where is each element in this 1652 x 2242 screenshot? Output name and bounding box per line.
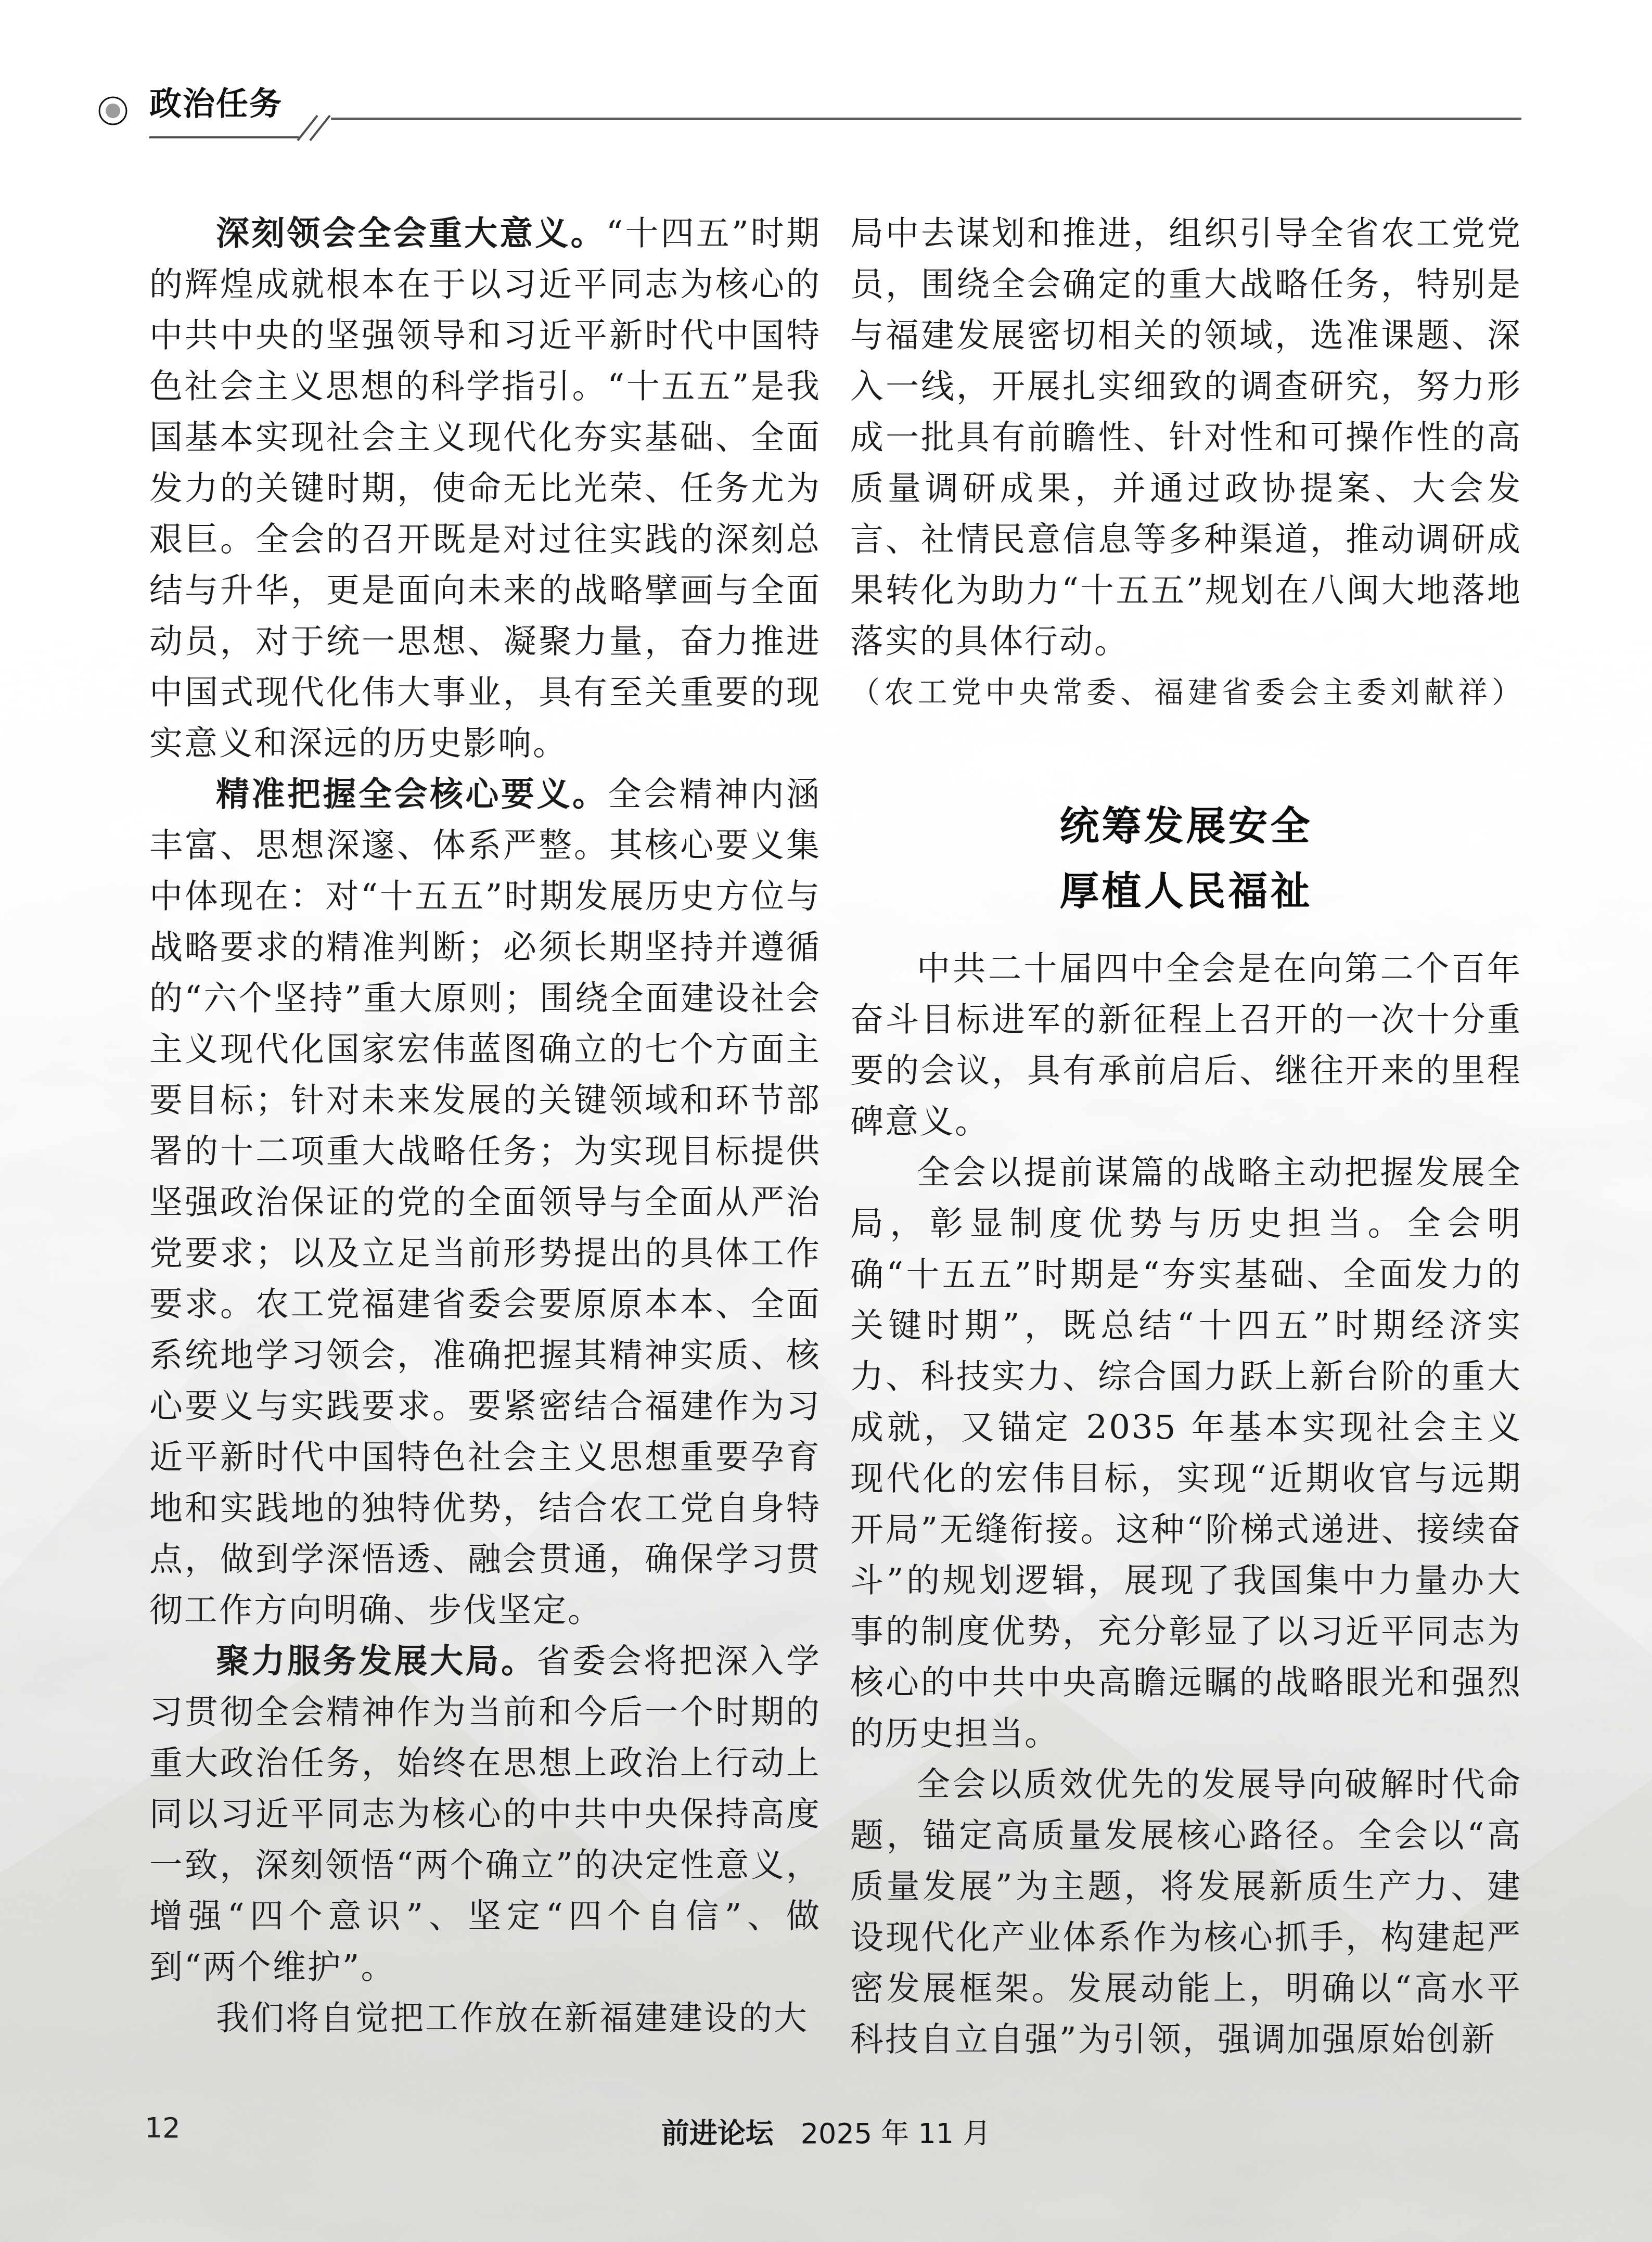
paragraph-text: 全会以质效优先的发展导向破解时代命题，锚定高质量发展核心路径。全会以“高质量发展…	[850, 1765, 1522, 2059]
article2-title-line2: 厚植人民福祉	[850, 859, 1522, 924]
paragraph-lead: 深刻领会全会重大意义。	[216, 214, 606, 253]
journal-name: 前进论坛	[661, 2117, 774, 2150]
author-attribution: （农工党中央常委、福建省委会主委刘献祥）	[850, 667, 1522, 718]
paragraph-text: 我们将自觉把工作放在新福建建设的大	[216, 1999, 809, 2038]
paragraph: 全会以质效优先的发展导向破解时代命题，锚定高质量发展核心路径。全会以“高质量发展…	[850, 1759, 1522, 2065]
paragraph: 聚力服务发展大局。省委会将把深入学习贯彻全会精神作为当前和今后一个时期的重大政治…	[149, 1636, 821, 1993]
paragraph-text: “十四五”时期的辉煌成就根本在于以习近平同志为核心的中共中央的坚强领导和习近平新…	[149, 214, 821, 763]
paragraph-text: 全会以提前谋篇的战略主动把握发展全局，彰显制度优势与历史担当。全会明确“十五五”…	[850, 1154, 1522, 1753]
article2-title: 统筹发展安全 厚植人民福祉	[850, 793, 1522, 924]
paragraph-lead: 精准把握全会核心要义。	[216, 775, 608, 814]
paragraph-continuation: 局中去谋划和推进，组织引导全省农工党党员，围绕全会确定的重大战略任务，特别是与福…	[850, 208, 1522, 667]
paragraph-text: 省委会将把深入学习贯彻全会精神作为当前和今后一个时期的重大政治任务，始终在思想上…	[149, 1642, 821, 1987]
header-rule-long	[331, 118, 1521, 120]
article2-title-line1: 统筹发展安全	[850, 793, 1522, 859]
right-column: 局中去谋划和推进，组织引导全省农工党党员，围绕全会确定的重大战略任务，特别是与福…	[850, 208, 1522, 2065]
paragraph-lead: 聚力服务发展大局。	[216, 1642, 537, 1681]
journal-line: 前进论坛2025 年 11 月	[0, 2111, 1652, 2151]
paragraph: 深刻领会全会重大意义。“十四五”时期的辉煌成就根本在于以习近平同志为核心的中共中…	[149, 208, 821, 769]
section-bullet-icon	[98, 96, 128, 126]
article-body: 深刻领会全会重大意义。“十四五”时期的辉煌成就根本在于以习近平同志为核心的中共中…	[149, 208, 1522, 2065]
magazine-page: 政治任务 深刻领会全会重大意义。“十四五”时期的辉煌成就根本在于以习近平同志为核…	[0, 0, 1652, 2242]
left-column: 深刻领会全会重大意义。“十四五”时期的辉煌成就根本在于以习近平同志为核心的中共中…	[149, 208, 821, 2065]
header-rule-slashes-icon	[294, 114, 335, 142]
paragraph: 全会以提前谋篇的战略主动把握发展全局，彰显制度优势与历史担当。全会明确“十五五”…	[850, 1147, 1522, 1759]
section-title: 政治任务	[149, 85, 283, 123]
journal-issue: 2025 年 11 月	[801, 2117, 991, 2150]
paragraph: 我们将自觉把工作放在新福建建设的大	[149, 1993, 821, 2044]
header-rule-short	[149, 136, 299, 138]
paragraph-text: 中共二十届四中全会是在向第二个百年奋斗目标进军的新征程上召开的一次十分重要的会议…	[850, 950, 1522, 1141]
paragraph: 精准把握全会核心要义。全会精神内涵丰富、思想深邃、体系严整。其核心要义集中体现在…	[149, 769, 821, 1636]
paragraph: 中共二十届四中全会是在向第二个百年奋斗目标进军的新征程上召开的一次十分重要的会议…	[850, 943, 1522, 1147]
paragraph-text: 全会精神内涵丰富、思想深邃、体系严整。其核心要义集中体现在：对“十五五”时期发展…	[149, 775, 821, 1630]
content-layer: 政治任务 深刻领会全会重大意义。“十四五”时期的辉煌成就根本在于以习近平同志为核…	[0, 0, 1652, 2242]
